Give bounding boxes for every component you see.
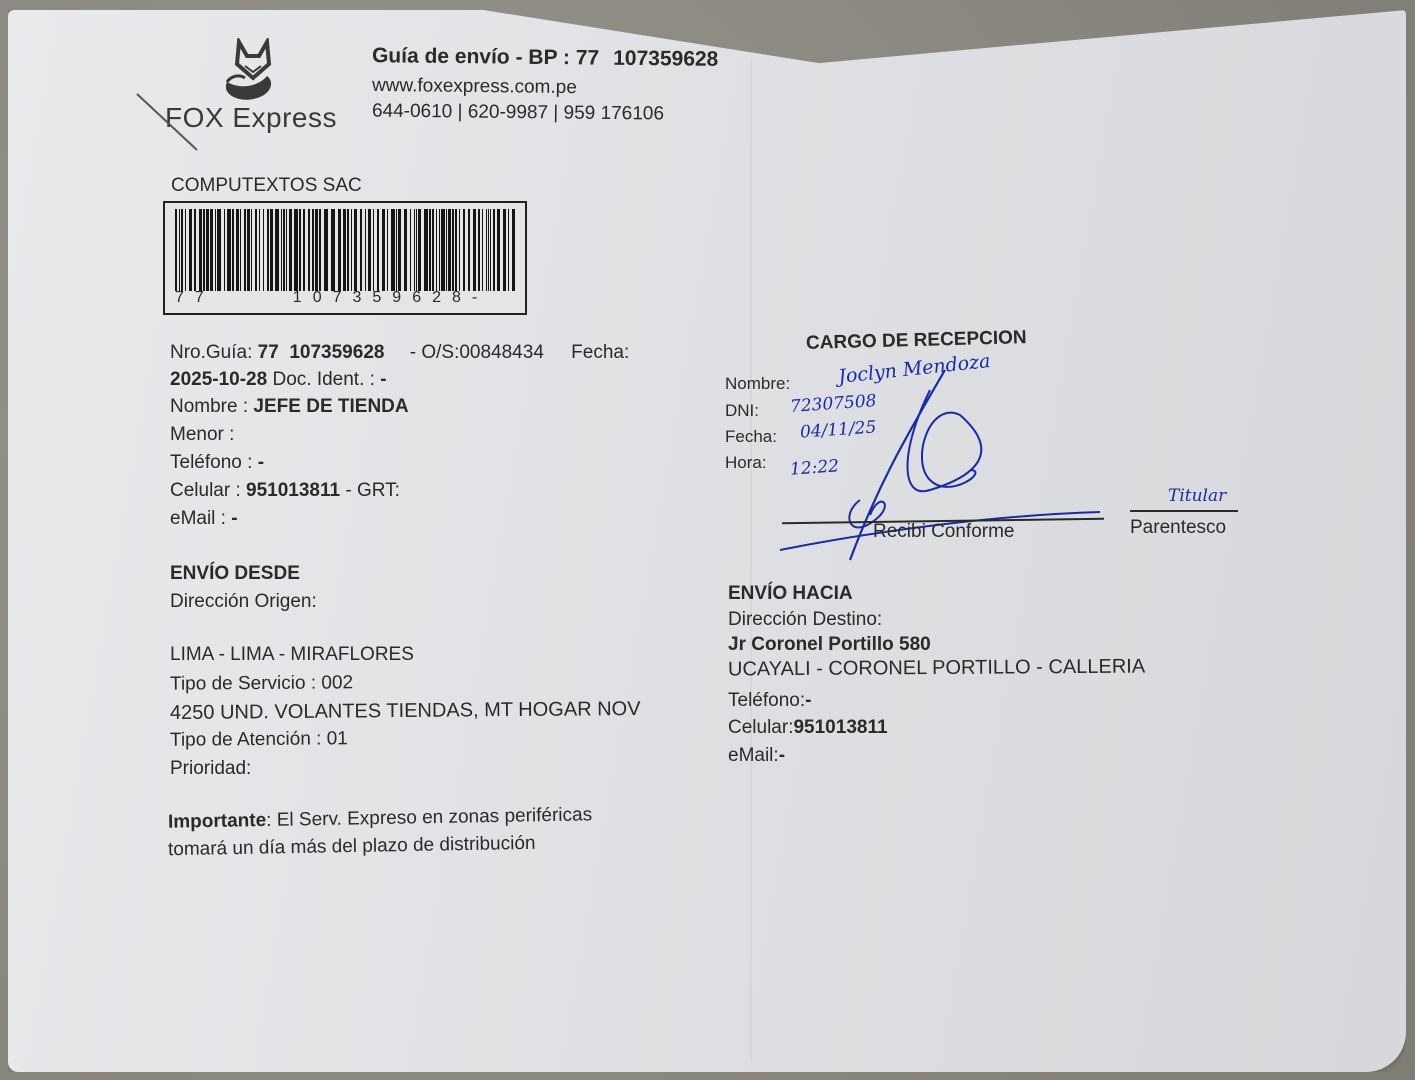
signature-label: Recibi Conforme <box>873 521 1015 543</box>
destination-heading: ENVÍO HACIA <box>728 583 853 605</box>
guide-title: Guía de envío - BP : 77107359628 <box>372 44 719 72</box>
origin-address-label: Dirección Origen: <box>170 591 317 613</box>
barcode-bars <box>175 209 517 291</box>
destination-celular: Celular:951013811 <box>728 717 888 739</box>
relation-label: Parentesco <box>1130 517 1226 539</box>
service-type: Tipo de Servicio : 002 <box>170 672 353 695</box>
nombre-label: Nombre : <box>170 396 248 417</box>
guide-title-number: 107359628 <box>613 47 718 71</box>
date-doc-row: 2025-10-28 Doc. Ident. : - <box>170 369 387 391</box>
barcode-digits: 77107359628- <box>175 289 488 307</box>
dest-celular-value: 951013811 <box>793 717 887 738</box>
staple-mark <box>135 92 205 154</box>
doc-ident-label: Doc. Ident. : <box>272 369 374 390</box>
barcode: 77107359628- <box>163 201 527 315</box>
signature-scribble <box>700 340 1120 580</box>
email-row: eMail : - <box>170 508 238 530</box>
sender-company: COMPUTEXTOS SAC <box>171 175 362 197</box>
nro-guia-label: Nro.Guía: <box>170 342 252 363</box>
guide-title-label: Guía de envío - BP : 77 <box>372 44 599 69</box>
fox-icon <box>217 38 289 106</box>
telefono-row: Teléfono : - <box>170 452 264 474</box>
dest-email-label: eMail: <box>728 745 779 766</box>
dest-telefono-value: - <box>805 690 811 711</box>
os-number: - O/S:00848434 <box>410 342 544 363</box>
barcode-number: 107359628- <box>293 289 488 306</box>
barcode-prefix: 77 <box>175 289 215 306</box>
dest-celular-label: Celular: <box>728 717 793 738</box>
origin-heading: ENVÍO DESDE <box>170 563 300 585</box>
relation-handwritten: Titular <box>1168 486 1226 506</box>
origin-location: LIMA - LIMA - MIRAFLORES <box>170 644 414 666</box>
telefono-value: - <box>258 452 264 473</box>
email-value: - <box>231 508 237 529</box>
destination-address: Jr Coronel Portillo 580 <box>728 634 931 656</box>
menor-row: Menor : <box>170 424 234 446</box>
notice-text: : El Serv. Expreso en zonas periféricas <box>266 804 592 831</box>
dest-telefono-label: Teléfono: <box>728 690 805 711</box>
website-link: www.foxexpress.com.pe <box>372 75 577 99</box>
celular-row: Celular : 951013811 - GRT: <box>170 480 400 502</box>
contact-phones: 644-0610 | 620-9987 | 959 176106 <box>372 100 664 125</box>
doc-ident-value: - <box>380 369 386 390</box>
nro-guia-value: 77 107359628 <box>258 342 385 363</box>
shipment-description: 4250 UND. VOLANTES TIENDAS, MT HOGAR NOV <box>170 698 641 725</box>
dest-email-value: - <box>779 745 785 766</box>
notice-label: Importante <box>168 810 267 833</box>
fecha-label: Fecha: <box>571 342 629 363</box>
priority: Prioridad: <box>170 758 251 780</box>
fecha-value: 2025-10-28 <box>170 369 267 390</box>
attention-type: Tipo de Atención : 01 <box>170 728 348 752</box>
grt-label: - GRT: <box>345 480 400 501</box>
fox-express-logo: FOX Express <box>135 38 355 158</box>
destination-email: eMail:- <box>728 745 785 767</box>
recipient-name-row: Nombre : JEFE DE TIENDA <box>170 396 409 418</box>
guide-number-row: Nro.Guía: 77 107359628 - O/S:00848434 Fe… <box>170 342 629 364</box>
email-label: eMail : <box>170 508 226 529</box>
nombre-value: JEFE DE TIENDA <box>253 396 408 417</box>
destination-location: UCAYALI - CORONEL PORTILLO - CALLERIA <box>728 656 1145 682</box>
relation-line <box>1130 510 1238 512</box>
telefono-label: Teléfono : <box>170 452 252 473</box>
destination-address-label: Dirección Destino: <box>728 609 882 631</box>
celular-value: 951013811 <box>246 480 340 501</box>
destination-telefono: Teléfono:- <box>728 690 811 712</box>
celular-label: Celular : <box>170 480 241 501</box>
